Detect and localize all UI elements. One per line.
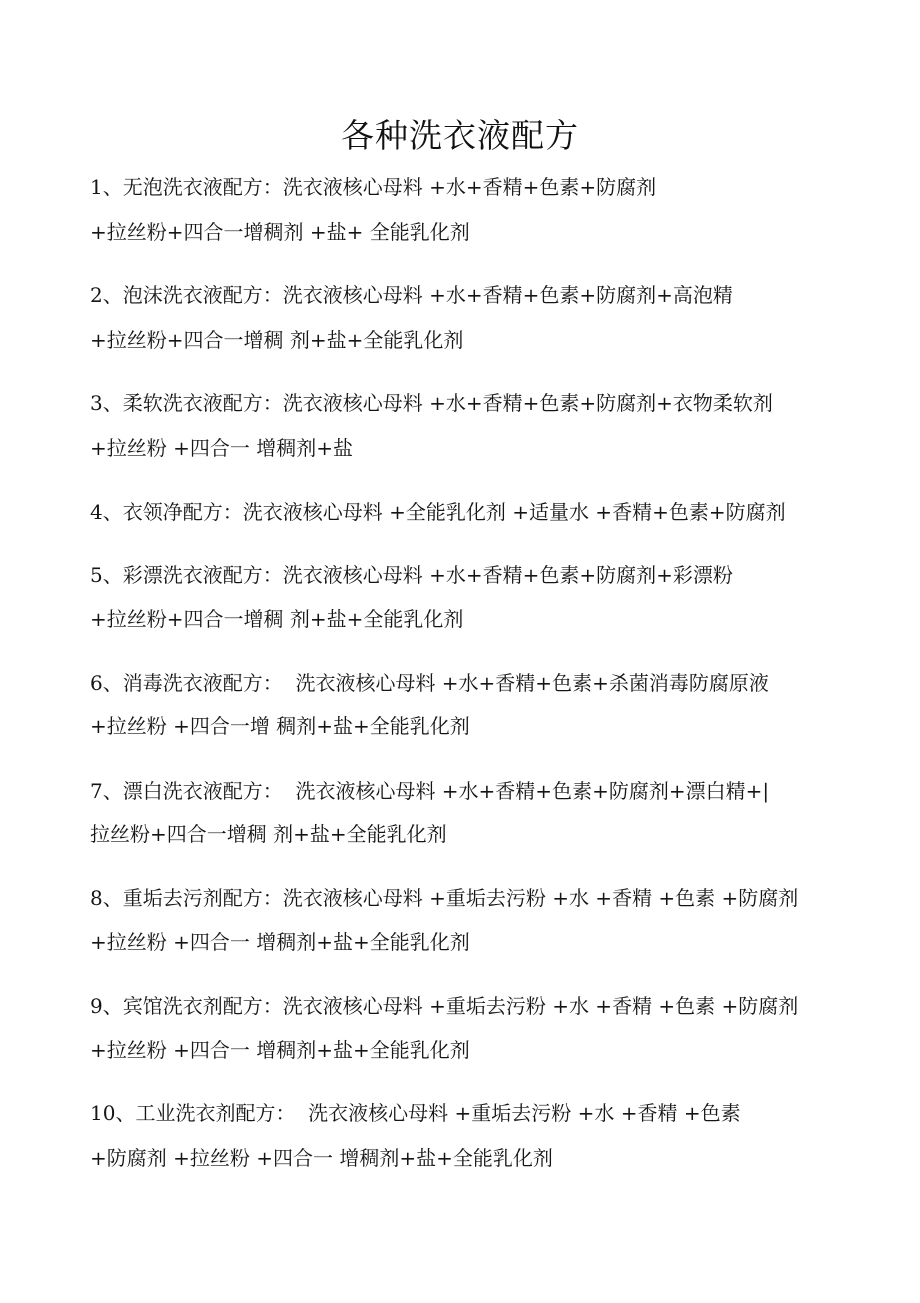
recipe-line: +拉丝粉 +四合一 增稠剂+盐+全能乳化剂: [90, 1036, 470, 1064]
recipe-line: +拉丝粉 +四合一 增稠剂+盐+全能乳化剂: [90, 928, 470, 956]
recipe-line: +防腐剂 +拉丝粉 +四合一 增稠剂+盐+全能乳化剂: [90, 1144, 553, 1172]
recipe-line: +拉丝粉+四合一增稠剂 +盐+ 全能乳化剂: [90, 218, 470, 246]
document-title: 各种洗衣液配方: [0, 114, 920, 158]
recipe-line: 6、消毒洗衣液配方： 洗衣液核心母料 +水+香精+色素+杀菌消毒防腐原液: [90, 669, 769, 697]
recipe-line: 10、工业洗衣剂配方： 洗衣液核心母料 +重垢去污粉 +水 +香精 +色素: [90, 1099, 741, 1127]
recipe-line: 5、彩漂洗衣液配方：洗衣液核心母料 +水+香精+色素+防腐剂+彩漂粉: [90, 561, 733, 589]
recipe-line: +拉丝粉+四合一增稠 剂+盐+全能乳化剂: [90, 326, 463, 354]
recipe-line: 4、衣领净配方：洗衣液核心母料 +全能乳化剂 +适量水 +香精+色素+防腐剂: [90, 498, 786, 526]
recipe-line: 2、泡沫洗衣液配方：洗衣液核心母料 +水+香精+色素+防腐剂+高泡精: [90, 281, 733, 309]
recipe-line: 1、无泡洗衣液配方：洗衣液核心母料 +水+香精+色素+防腐剂: [90, 173, 656, 201]
recipe-line: +拉丝粉 +四合一增 稠剂+盐+全能乳化剂: [90, 712, 470, 740]
recipe-line: 8、重垢去污剂配方：洗衣液核心母料 +重垢去污粉 +水 +香精 +色素 +防腐剂: [90, 884, 798, 912]
recipe-line: 拉丝粉+四合一增稠 剂+盐+全能乳化剂: [90, 820, 447, 848]
recipe-line: 7、漂白洗衣液配方： 洗衣液核心母料 +水+香精+色素+防腐剂+漂白精+|: [90, 777, 769, 805]
recipe-line: +拉丝粉 +四合一 增稠剂+盐: [90, 434, 353, 462]
recipe-line: 3、柔软洗衣液配方：洗衣液核心母料 +水+香精+色素+防腐剂+衣物柔软剂: [90, 389, 773, 417]
recipe-line: 9、宾馆洗衣剂配方：洗衣液核心母料 +重垢去污粉 +水 +香精 +色素 +防腐剂: [90, 992, 798, 1020]
recipe-line: +拉丝粉+四合一增稠 剂+盐+全能乳化剂: [90, 605, 463, 633]
